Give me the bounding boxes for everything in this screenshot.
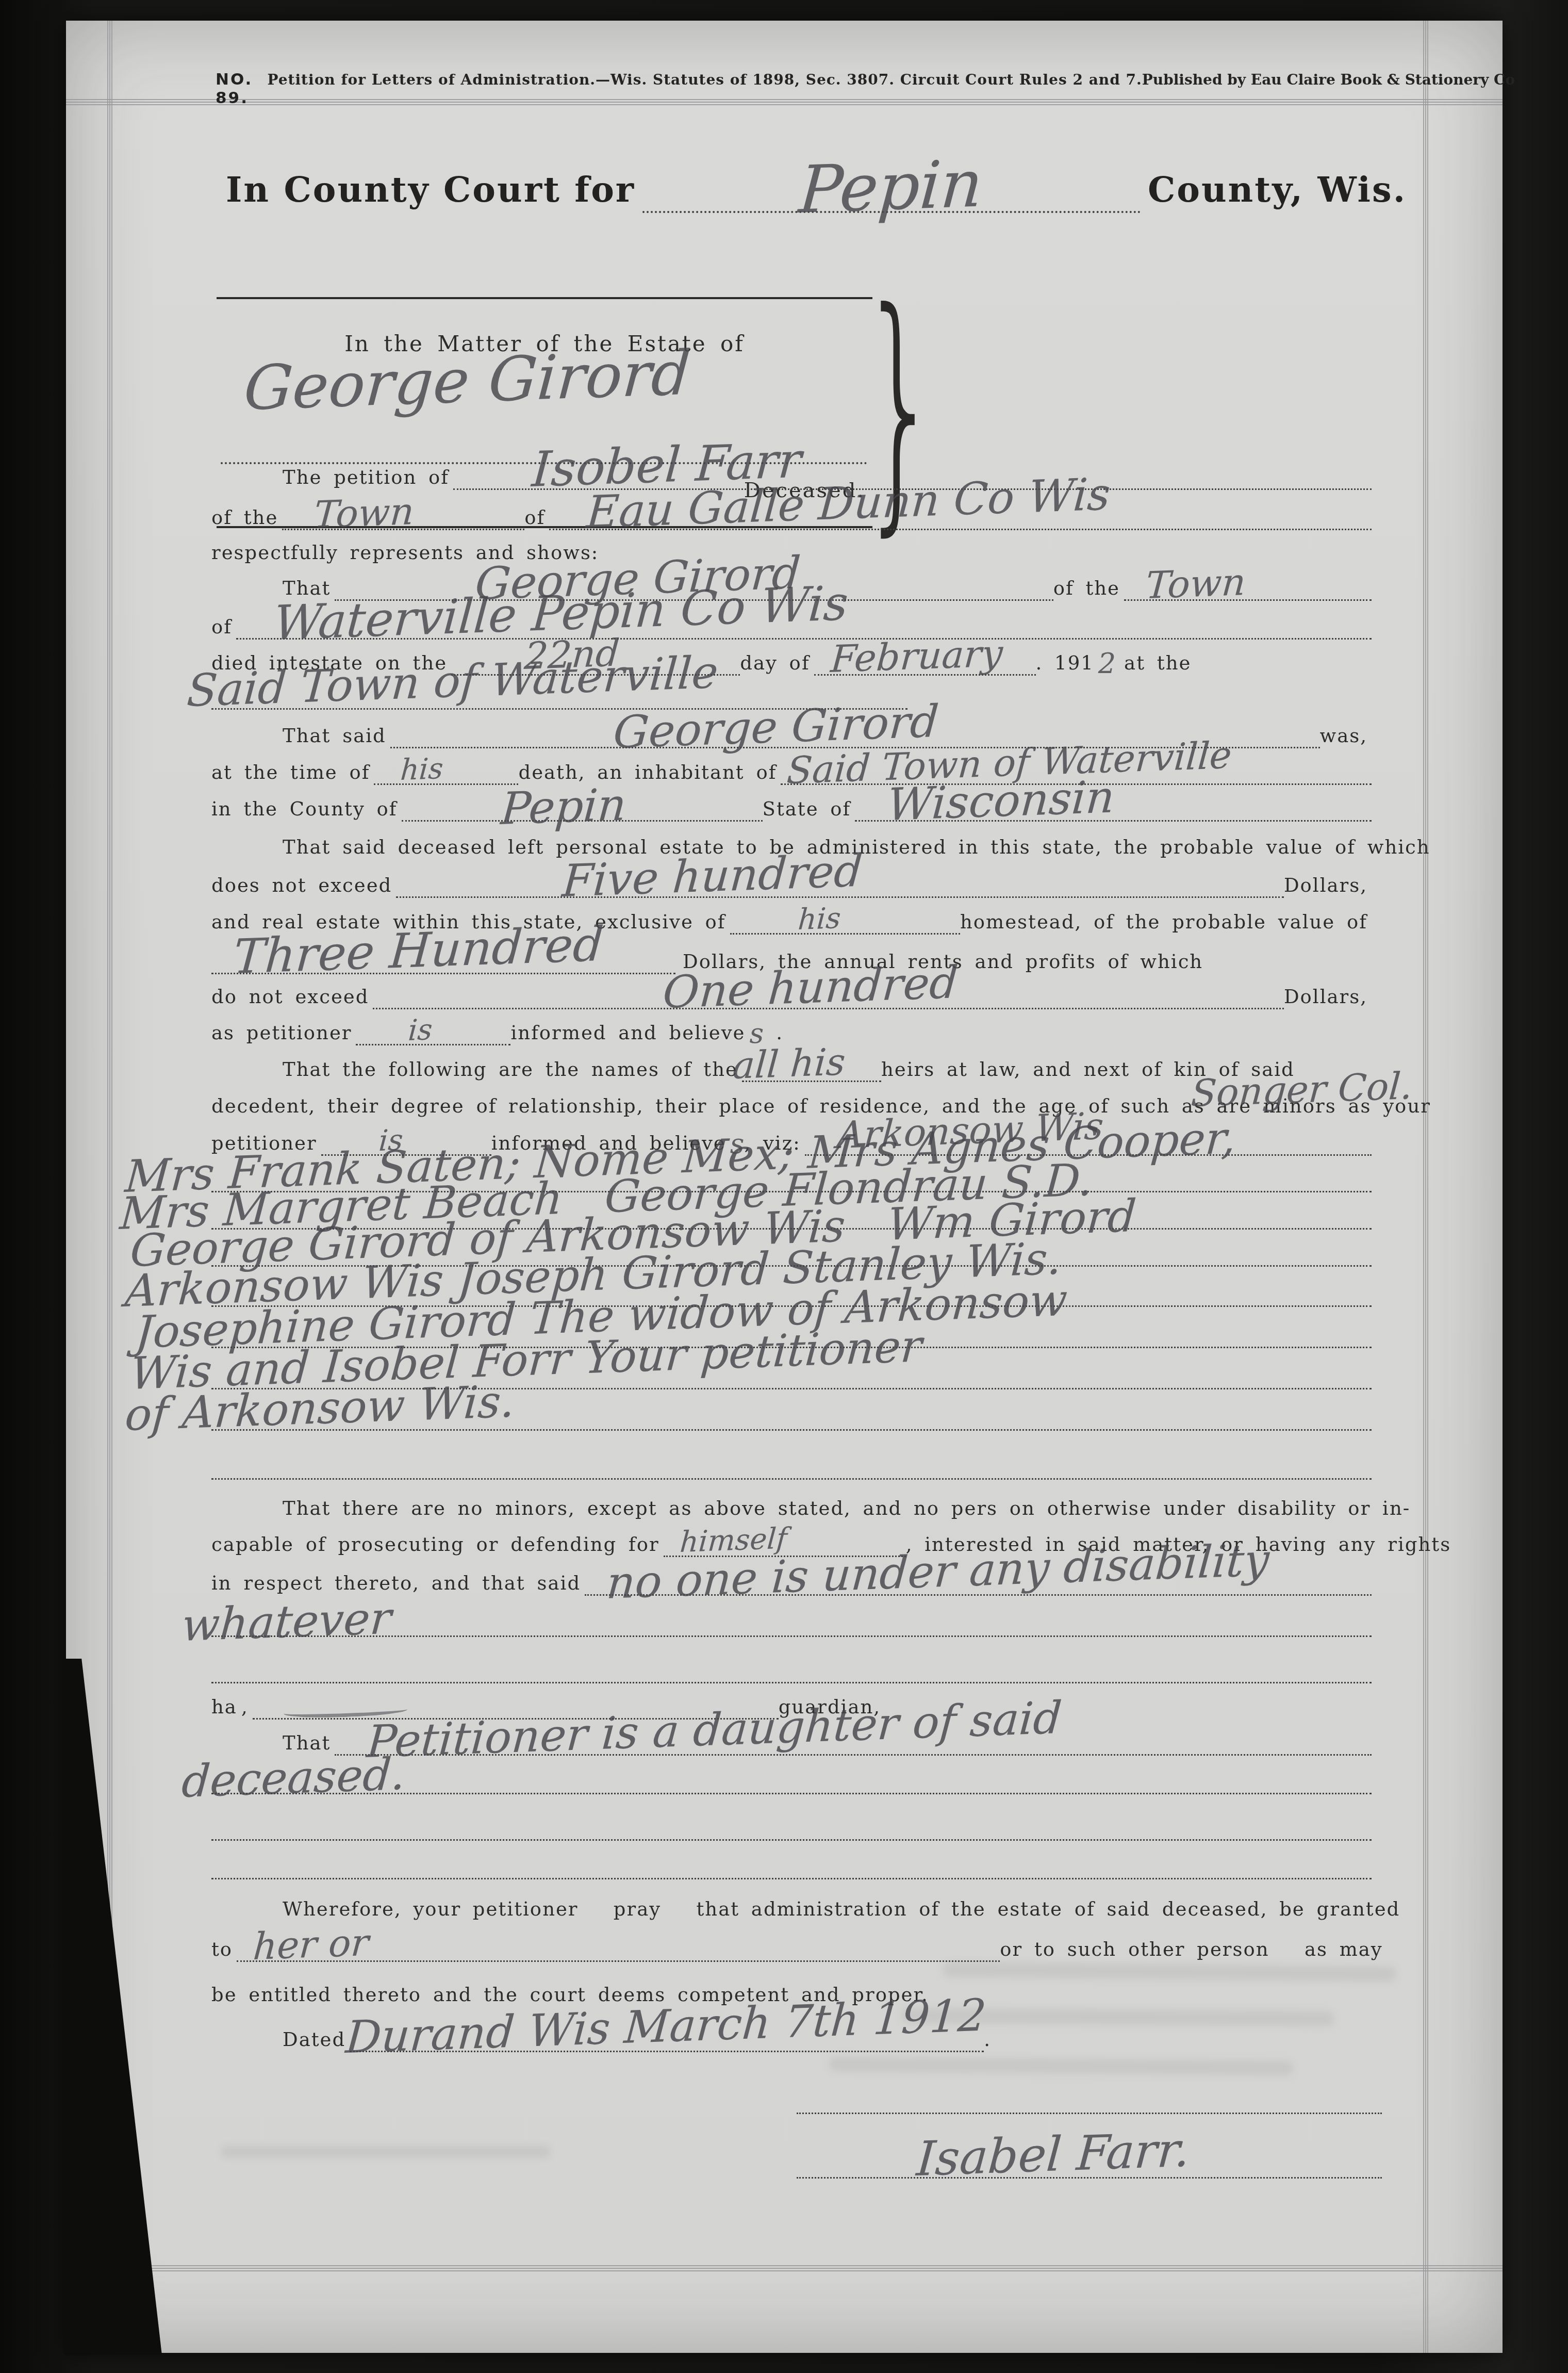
ink-bleed-through [901,2008,1334,2026]
printed-label: Dated [283,2030,350,2052]
place-blank: Waterville Pepin Co Wis [236,599,1372,640]
whatever-handwriting: whatever [180,1598,393,1646]
disability-row: in respect thereto, and that said no one… [211,1556,1372,1596]
printed-label: homestead, of the probable value of [960,912,1372,935]
printed-label: in respect thereto, and that said [211,1574,585,1596]
pronoun-handwriting: his [400,756,444,783]
deceased-row: deceased. [211,1754,1372,1794]
town-handwriting: Town [1145,565,1247,602]
decedent-name-handwriting: George Girord [242,345,692,416]
amount-blank: One hundred [373,969,1283,1009]
rents-row: do not exceed One hundred Dollars, [211,969,1372,1009]
signature-line: Isabel Farr. [797,2138,1382,2179]
scan-shadow-wedge [64,1659,162,2355]
printed-label: capable of prosecuting or defending for [211,1535,664,1557]
himself-handwriting: himself [679,1526,788,1556]
blank-dotted-row [211,1439,1372,1480]
bottom-border-rule [66,2265,1503,2271]
county-name-handwriting: Pepin [797,154,985,219]
blank-dotted-row [211,1801,1372,1841]
signature-blank-row [797,2074,1382,2114]
printed-period: . [984,2030,995,2052]
state-blank: Wisconsin [855,781,1372,822]
paper-sheet: NO. 89. Petition for Letters of Administ… [66,21,1503,2353]
printed-label: The petition of [283,468,453,490]
place-blank: Eau Galle Dunn Co Wis [549,490,1372,530]
pronoun-handwriting: his [797,906,841,933]
form-title: Petition for Letters of Administration.—… [267,71,1142,88]
form-header: NO. 89. Petition for Letters of Administ… [216,70,1410,107]
ink-bleed-through [221,2146,551,2158]
printed-label: in the County of [211,799,402,822]
relationship-blank: Petitioner is a daughter of said [335,1715,1372,1756]
no-minors-row: That there are no minors, except as abov… [283,1481,1372,1521]
grant-to-row: to her or or to such other person as may [211,1922,1372,1962]
of-place-row: of Waterville Pepin Co Wis [211,599,1372,640]
heirs-handwriting: all his [732,1045,847,1083]
heir-line-handwriting: of Arkonsow Wis. [124,1382,516,1435]
residence-row: of the Town of Eau Galle Dunn Co Wis [211,490,1372,530]
is-blank: is [356,1005,510,1045]
ink-bleed-through [829,2057,1293,2075]
blank-dotted-row [211,1839,1372,1879]
title-post: County, Wis. [1148,169,1407,213]
right-margin-rule [1423,21,1428,2353]
form-number: NO. 89. [216,70,253,107]
town-blank: Town [1124,561,1372,601]
disability-blank: no one is under any disability [585,1556,1372,1596]
blank-line [211,1439,1372,1480]
deceased-blank: deceased. [211,1754,1372,1794]
value-row: does not exceed Five hundred Dollars, [211,858,1372,898]
publisher-credit: Published by Eau Claire Book & Stationer… [1142,71,1515,88]
grantee-blank: her or [237,1922,1000,1962]
blank-dotted-row [211,1643,1372,1683]
grantee-handwriting: her or [252,1926,370,1963]
whatever-row: whatever [211,1597,1372,1637]
state-handwriting: Wisconsin [886,777,1116,825]
county-blank: Pepin [402,781,763,822]
signature-row: Isabel Farr. [797,2138,1382,2179]
pronoun-blank: his [374,745,518,785]
blank-line [211,1801,1372,1841]
printed-label: to [211,1940,237,1962]
date-blank: Durand Wis March 7th 1912 [350,2012,984,2052]
blank-line [211,1839,1372,1879]
is-handwriting: is [407,1017,433,1044]
printed-label: State of [763,799,855,822]
blank-line [797,2074,1382,2114]
printed-label: ha [211,1697,241,1720]
printed-comma: , [241,1697,253,1720]
scanned-document-page: NO. 89. Petition for Letters of Administ… [0,0,1568,2373]
county-state-row: in the County of Pepin State of Wisconsi… [211,781,1372,822]
amount-blank: Three Hundred [211,934,675,974]
printed-text: Wherefore, your petitioner pray that adm… [283,1900,1404,1922]
deceased-handwriting: deceased. [180,1754,407,1802]
pronoun-blank: his [730,894,960,935]
heir-line-blank: of Arkonsow Wis. [211,1390,1372,1431]
blank-line [211,1643,1372,1683]
petitioner-signature-handwriting: Isabel Farr. [915,2129,1191,2181]
amount-blank: Five hundred [396,858,1284,898]
time-of-death-row: at the time of his death, an inhabitant … [211,745,1372,785]
heir-place-floating-handwriting: Songer Col. [1190,1069,1414,1110]
heir-line-row: of Arkonsow Wis. [211,1390,1372,1431]
printed-label: of the [1053,579,1124,601]
printed-label: or to such other person as may [1000,1940,1387,1962]
court-title: In County Court for Pepin County, Wis. [226,169,1407,213]
town-blank: Town [282,490,524,530]
informed-row: as petitioner is informed and believe s … [211,1005,1372,1045]
heirs-blank: all his [742,1042,881,1082]
title-pre: In County Court for [226,169,635,213]
county-name-blank: Pepin [642,169,1141,213]
whatever-blank: whatever [211,1597,1372,1637]
wherefore-row: Wherefore, your petitioner pray that adm… [283,1881,1372,1922]
daughter-row: That Petitioner is a daughter of said [283,1715,1372,1756]
